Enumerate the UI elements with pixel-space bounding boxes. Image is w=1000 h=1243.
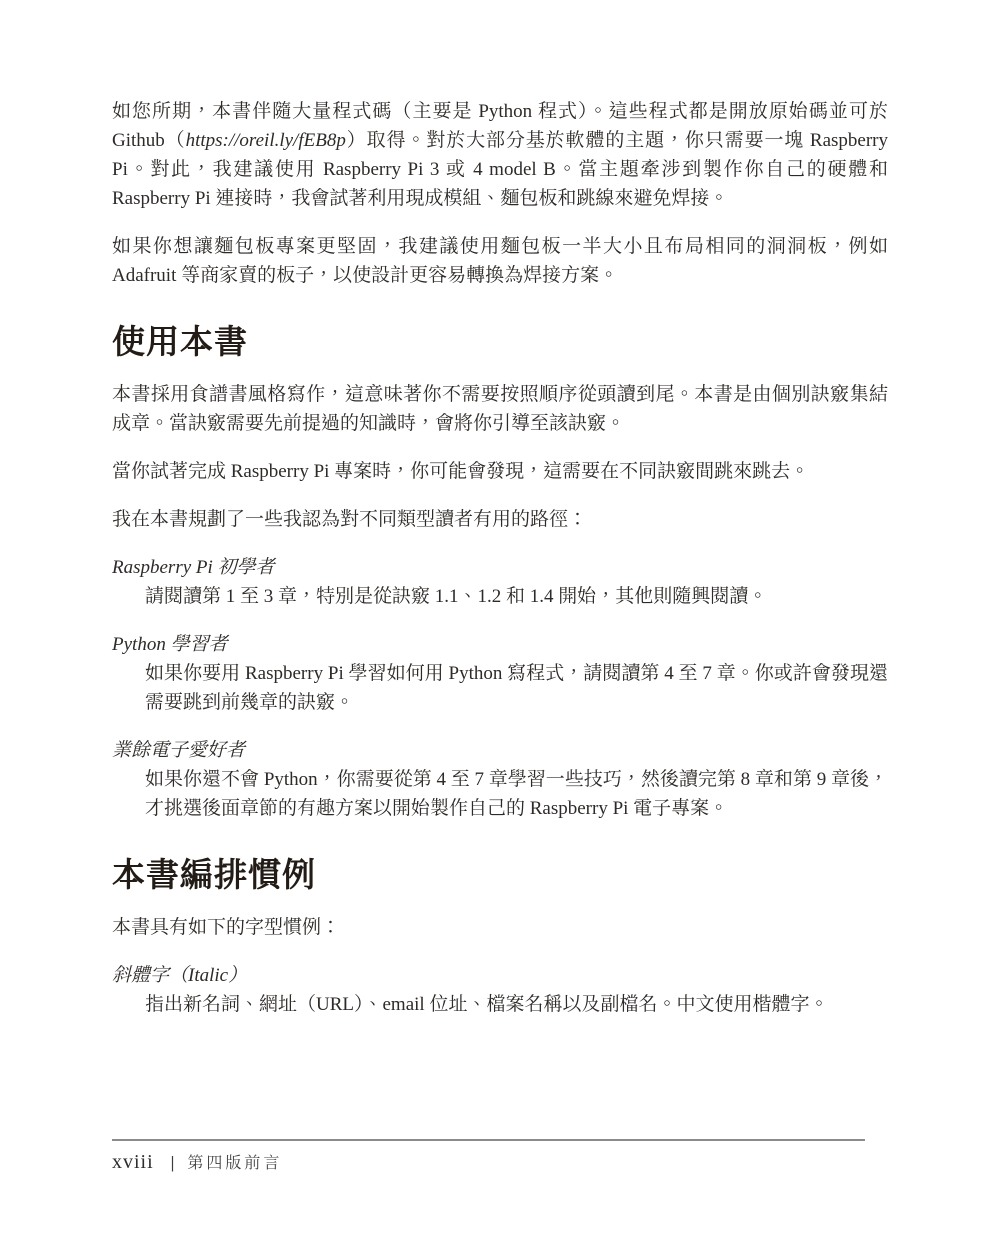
italic-text-run: https://oreil.ly/fEB8p xyxy=(186,130,346,151)
conventions-list: 斜體字（Italic） 指出新名詞、網址（URL）、email 位址、檔案名稱以… xyxy=(112,961,888,1019)
book-page: 如您所期，本書伴隨大量程式碼（主要是 Python 程式）。這些程式都是開放原始… xyxy=(0,0,1000,1243)
reader-path-desc-python-learner: 如果你要用 Raspberry Pi 學習如何用 Python 寫程式，請閱讀第… xyxy=(145,659,888,717)
convention-term-italic: 斜體字（Italic） xyxy=(112,961,888,990)
section-heading-using-this-book: 使用本書 xyxy=(112,321,888,363)
text-run: 如果你想讓麵包板專案更堅固，我建議使用麵包板一半大小且布局相同的洞洞板，例如 A… xyxy=(112,236,888,286)
reader-paths-list: Raspberry Pi 初學者 請閱讀第 1 至 3 章，特別是從訣竅 1.1… xyxy=(112,553,888,823)
page-number: xviii xyxy=(112,1151,154,1174)
footer-section-title: 第四版前言 xyxy=(187,1150,282,1173)
page-footer: xviii | 第四版前言 xyxy=(112,1139,865,1174)
reader-path-term-python-learner: Python 學習者 xyxy=(112,630,888,659)
reader-path-term-electronics-hobbyist: 業餘電子愛好者 xyxy=(112,736,888,765)
reader-path-desc-raspberry-pi-beginner: 請閱讀第 1 至 3 章，特別是從訣竅 1.1、1.2 和 1.4 開始，其他則… xyxy=(145,582,888,611)
footer-separator: | xyxy=(171,1153,175,1173)
conventions-intro-paragraph: 本書具有如下的字型慣例： xyxy=(112,913,888,942)
section1-paragraph-1: 本書採用食譜書風格寫作，這意味著你不需要按照順序從頭讀到尾。本書是由個別訣竅集結… xyxy=(112,380,888,438)
intro-paragraph-2: 如果你想讓麵包板專案更堅固，我建議使用麵包板一半大小且布局相同的洞洞板，例如 A… xyxy=(112,232,888,290)
section1-paragraph-3: 我在本書規劃了一些我認為對不同類型讀者有用的路徑： xyxy=(112,505,888,534)
section-heading-conventions: 本書編排慣例 xyxy=(112,854,888,896)
intro-paragraph-1: 如您所期，本書伴隨大量程式碼（主要是 Python 程式）。這些程式都是開放原始… xyxy=(112,97,888,213)
page-content: 如您所期，本書伴隨大量程式碼（主要是 Python 程式）。這些程式都是開放原始… xyxy=(112,0,888,1038)
convention-desc-italic: 指出新名詞、網址（URL）、email 位址、檔案名稱以及副檔名。中文使用楷體字… xyxy=(145,990,888,1019)
section1-paragraph-2: 當你試著完成 Raspberry Pi 專案時，你可能會發現，這需要在不同訣竅間… xyxy=(112,457,888,486)
reader-path-desc-electronics-hobbyist: 如果你還不會 Python，你需要從第 4 至 7 章學習一些技巧，然後讀完第 … xyxy=(145,765,888,823)
reader-path-term-raspberry-pi-beginner: Raspberry Pi 初學者 xyxy=(112,553,888,582)
